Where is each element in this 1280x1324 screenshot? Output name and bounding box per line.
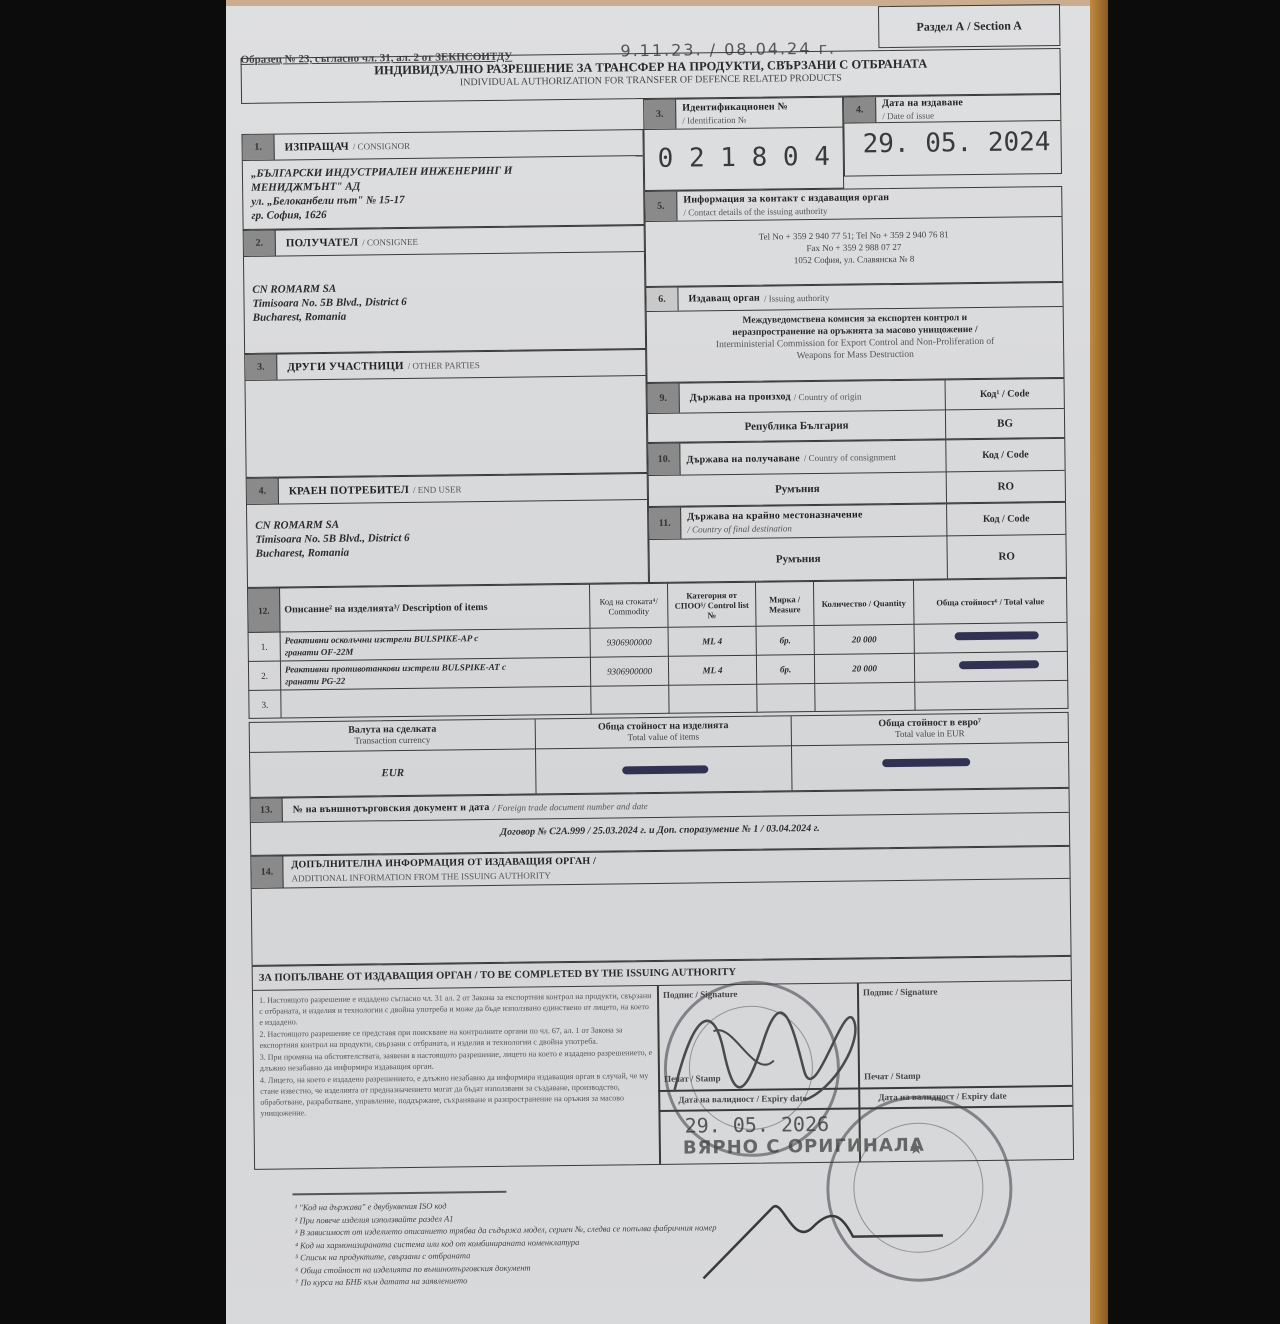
redacted-value — [914, 622, 1067, 653]
col-unit: Мярка / Measure — [755, 582, 814, 627]
end-user-box: 4. КРАЕН ПОТРЕБИТЕЛ / END USER CN ROMARM… — [246, 473, 649, 588]
col-total: Обща стойност⁶ / Total value — [913, 578, 1067, 624]
other-parties-label-en: / OTHER PARTIES — [408, 360, 480, 371]
code-label: Код / Code — [947, 503, 1065, 536]
contact-label-en: / Contact details of the issuing authori… — [683, 205, 827, 217]
additional-info-label: ДОПЪЛНИТЕЛНА ИНФОРМАЦИЯ ОТ ИЗДАВАЩИЯ ОРГ… — [291, 856, 596, 872]
items-table: 12. Описание² на изделията³/ Description… — [247, 578, 1069, 719]
field-number: 13. — [251, 799, 283, 822]
other-parties-label: ДРУГИ УЧАСТНИЦИ — [277, 360, 404, 374]
country-consignment-label: Държава на получаване — [686, 453, 800, 465]
field-number: 5. — [645, 192, 677, 221]
issue-date-label-en: / Date of issue — [882, 110, 934, 121]
contact-label: Информация за контакт с издаващия орган — [683, 192, 889, 206]
col-quantity: Количество / Quantity — [813, 580, 914, 625]
country-consignment-box: 10. Държава на получаване / Country of c… — [647, 438, 1066, 507]
code-label: Код¹ / Code — [946, 379, 1064, 410]
contact-box: 5. Информация за контакт с издаващия орг… — [644, 186, 1063, 287]
country-final-box: 11. Държава на крайно местоназначение / … — [648, 502, 1067, 583]
foreign-doc-box: 13. № на външнотърговския документ и дат… — [250, 788, 1071, 856]
field-number: 2. — [244, 231, 276, 256]
total-items-value-redacted — [536, 746, 793, 793]
identification-label-en: / Identification № — [682, 114, 746, 125]
issuing-authority-value: Междуведомствена комисия за експортен ко… — [647, 311, 1064, 364]
totals-box: Валута на сделката Transaction currency … — [249, 712, 1070, 798]
foreign-doc-label-en: / Foreign trade document number and date — [492, 801, 647, 813]
issue-date-label: Дата на издаване — [882, 97, 963, 109]
field-number: 3. — [644, 100, 676, 129]
identification-box: 3. Идентификационен № / Identification №… — [643, 97, 844, 191]
consignor-label-en: / CONSIGNOR — [353, 140, 410, 151]
issue-date-box: 4. Дата на издаване / Date of issue 29. … — [843, 94, 1062, 177]
end-user-label-en: / END USER — [413, 484, 462, 495]
consignee-label-en: / CONSIGNEE — [362, 236, 418, 247]
end-user-value: CN ROMARM SA Timisoara No. 5B Blvd., Dis… — [255, 517, 410, 561]
field-number: 1. — [242, 135, 274, 160]
country-final-label: Държава на крайно местоназначение — [687, 509, 863, 522]
total-eur-value-redacted — [792, 743, 1069, 790]
currency-value: EUR — [250, 749, 537, 796]
col-commodity: Код на стоката⁴/ Commodity — [589, 583, 668, 628]
country-origin-label-en: / Country of origin — [794, 391, 862, 402]
issue-date-value: 29. 05. 2024 — [862, 127, 1050, 159]
signature-icon — [653, 989, 884, 1112]
issuing-authority-label-en: / Issuing authority — [764, 292, 830, 303]
field-number: 9. — [648, 384, 680, 413]
field-number: 4. — [844, 97, 876, 122]
field-number: 3. — [245, 355, 277, 380]
field-number: 12. — [248, 588, 281, 632]
conditions-list: 1. Настоящото разрешение е издадено съгл… — [259, 990, 654, 1120]
identification-number: 0 2 1 8 0 4 — [645, 142, 843, 174]
field-number: 6. — [646, 288, 678, 311]
field-number: 14. — [251, 857, 283, 888]
foreign-doc-label: № на външнотърговския документ и дата — [283, 802, 490, 816]
issuing-authority-label: Издаващ орган — [678, 293, 760, 305]
additional-info-label-en: ADDITIONAL INFORMATION FROM THE ISSUING … — [292, 870, 551, 883]
field-number: 11. — [649, 508, 681, 539]
country-origin-value: Република България — [648, 410, 946, 442]
country-consignment-value: Румъния — [649, 472, 947, 506]
issuing-authority-box: 6. Издаващ орган / Issuing authority Меж… — [645, 282, 1064, 383]
foreign-doc-value: Договор № C2A.999 / 25.03.2024 г. и Доп.… — [251, 819, 1069, 843]
section-label: Раздел А / Section A — [878, 4, 1060, 48]
country-consignment-label-en: / Country of consignment — [804, 452, 896, 463]
country-final-label-en: / Country of final destination — [687, 523, 792, 534]
code-label: Код / Code — [946, 439, 1064, 472]
col-category: Категория от СПОО⁵/ Control list № — [667, 582, 756, 627]
consignee-label: ПОЛУЧАТЕЛ — [276, 236, 359, 249]
consignor-value: „БЪЛГАРСКИ ИНДУСТРИАЛЕН ИНЖЕНЕРИНГ И МЕН… — [251, 164, 513, 223]
star-icon: ★ — [909, 1139, 924, 1159]
country-consignment-code: RO — [947, 471, 1065, 502]
country-final-code: RO — [947, 535, 1066, 578]
end-user-label: КРАЕН ПОТРЕБИТЕЛ — [279, 483, 409, 497]
field-number: 4. — [247, 479, 279, 504]
country-origin-code: BG — [946, 409, 1064, 438]
additional-info-box: 14. ДОПЪЛНИТЕЛНА ИНФОРМАЦИЯ ОТ ИЗДАВАЩИЯ… — [250, 846, 1071, 966]
country-origin-label: Държава на произход — [680, 391, 791, 403]
consignee-value: CN ROMARM SA Timisoara No. 5B Blvd., Dis… — [252, 281, 407, 325]
document-photo: Образец № 23, съгласно чл. 31, ал. 2 от … — [226, 0, 1108, 1324]
redacted-value — [914, 651, 1067, 682]
consignor-label: ИЗПРАЩАЧ — [275, 140, 349, 153]
signature-icon — [692, 1185, 953, 1288]
country-final-value: Румъния — [649, 536, 947, 582]
field-number: 10. — [648, 444, 680, 475]
contact-details: Tel No + 359 2 940 77 51; Tel No + 359 2… — [646, 227, 1062, 268]
other-parties-box: 3. ДРУГИ УЧАСТНИЦИ / OTHER PARTIES — [244, 349, 647, 478]
paper-edge — [1090, 0, 1108, 1324]
identification-label: Идентификационен № — [682, 101, 788, 113]
consignee-box: 2. ПОЛУЧАТЕЛ / CONSIGNEE CN ROMARM SA Ti… — [243, 225, 646, 354]
country-origin-box: 9. Държава на произход / Country of orig… — [647, 378, 1066, 443]
col-description: Описание² на изделията³/ Description of … — [280, 584, 591, 632]
consignor-box: 1. ИЗПРАЩАЧ / CONSIGNOR „БЪЛГАРСКИ ИНДУС… — [241, 129, 644, 230]
